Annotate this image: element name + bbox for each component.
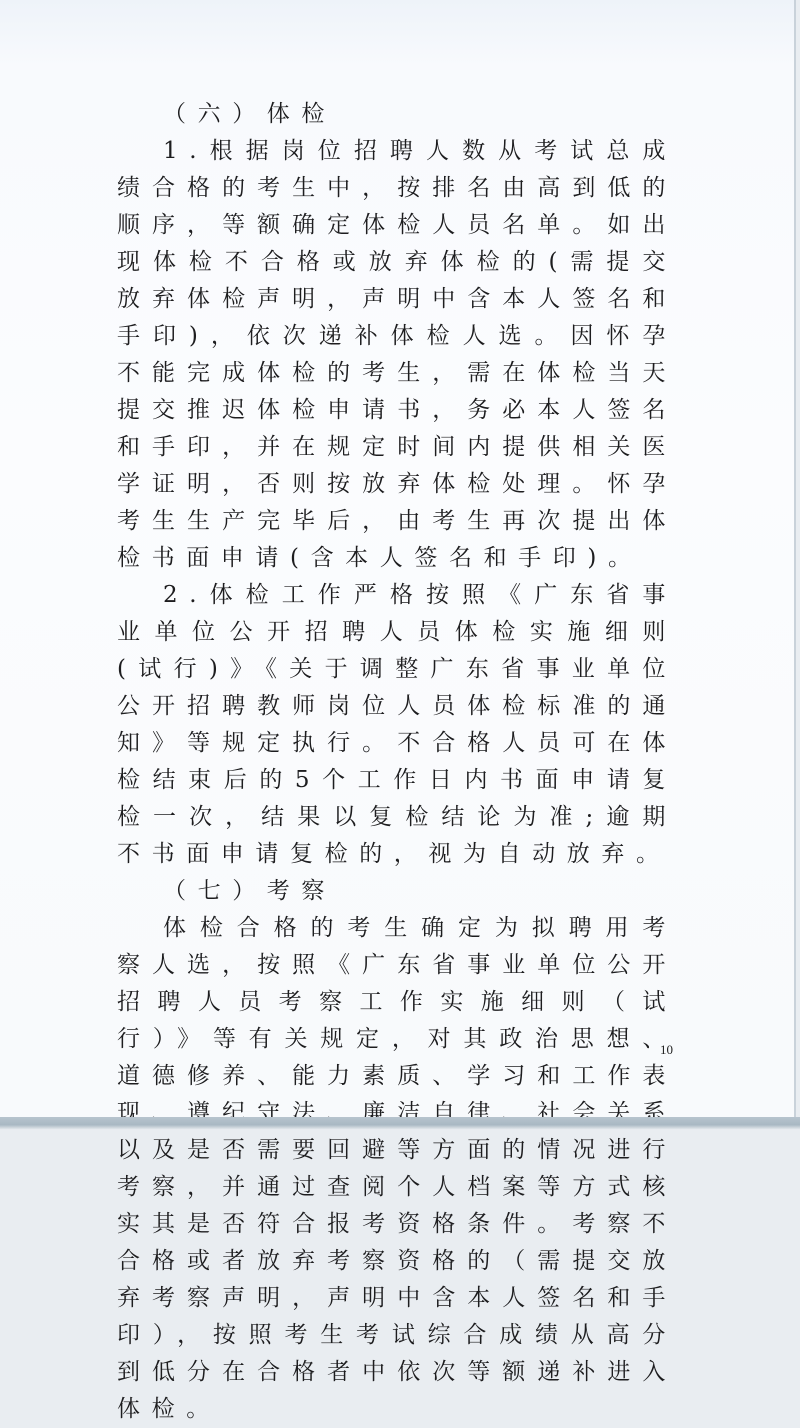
page-number: 10	[660, 1042, 673, 1058]
section-heading-investigation: （七）考察	[117, 873, 677, 910]
paragraph-exam-1: 1.根据岗位招聘人数从考试总成绩合格的考生中，按排名由高到低的顺序，等额确定体检…	[117, 133, 677, 577]
page-bottom-edge	[0, 1117, 800, 1130]
paragraph-investigation-1: 体检合格的考生确定为拟聘用考察人选，按照《广东省事业单位公开招聘人员考察工作实施…	[117, 910, 677, 1130]
paragraph-exam-2: 2.体检工作严格按照《广东省事业单位公开招聘人员体检实施细则(试行)》《关于调整…	[117, 577, 677, 873]
section-heading-physical-exam: （六）体检	[117, 96, 677, 133]
document-body: （六）体检 1.根据岗位招聘人数从考试总成绩合格的考生中，按排名由高到低的顺序，…	[117, 96, 677, 1130]
document-page: （六）体检 1.根据岗位招聘人数从考试总成绩合格的考生中，按排名由高到低的顺序，…	[0, 0, 796, 1117]
